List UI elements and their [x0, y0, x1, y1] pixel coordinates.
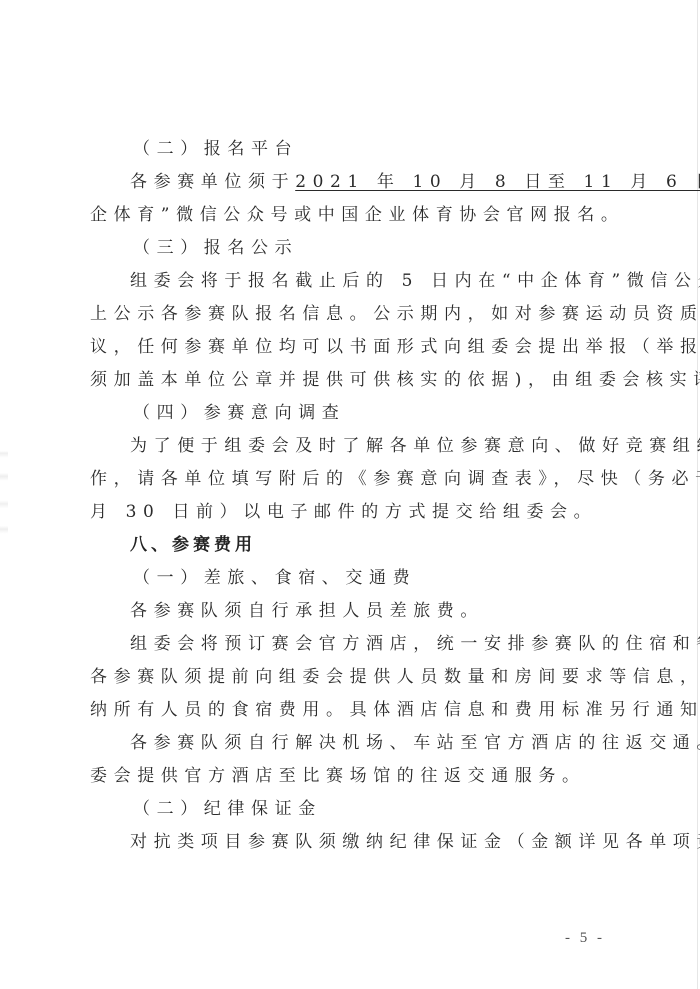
paragraph-line: 纳所有人员的食宿费用。具体酒店信息和费用标准另行通知。 [90, 694, 605, 727]
paragraph-line: 为了便于组委会及时了解各单位参赛意向、做好竞赛组织工 [90, 430, 605, 463]
paragraph-line: 作，请各单位填写附后的《参赛意向调查表》，尽快（务必于 9 [90, 463, 605, 496]
section-heading-participation-survey: （四）参赛意向调查 [90, 397, 605, 430]
paragraph-line: 月 30 日前）以电子邮件的方式提交给组委会。 [90, 496, 605, 529]
scan-artifacts [0, 440, 8, 550]
document-page: （二）报名平台 各参赛单位须于2021 年 10 月 8 日至 11 月 6 日… [0, 0, 700, 989]
paragraph-line: 须加盖本单位公章并提供可供核实的依据)，由组委会核实评判。 [90, 364, 605, 397]
paragraph-line: 各参赛单位须于2021 年 10 月 8 日至 11 月 6 日间，通过“中 [90, 166, 605, 199]
chapter-heading-participation-fees: 八、参赛费用 [90, 529, 605, 562]
page-number: - 5 - [565, 930, 605, 947]
section-heading-discipline-deposit: （二）纪律保证金 [90, 793, 605, 826]
text-segment: 各参赛单位须于 [130, 172, 295, 192]
paragraph-line: 组委会将于报名截止后的 5 日内在“中企体育”微信公众号 [90, 265, 605, 298]
underlined-date-range: 2021 年 10 月 8 日至 11 月 6 日间 [295, 172, 700, 192]
paragraph-line: 对抗类项目参赛队须缴纳纪律保证金（金额详见各单项竞赛 [90, 826, 605, 859]
section-heading-travel-lodging: （一）差旅、食宿、交通费 [90, 562, 605, 595]
paragraph-line: 各参赛队须自行解决机场、车站至官方酒店的往返交通。组 [90, 727, 605, 760]
paragraph-line: 企体育”微信公众号或中国企业体育协会官网报名。 [90, 199, 605, 232]
paragraph-line: 各参赛队须自行承担人员差旅费。 [90, 595, 605, 628]
document-body: （二）报名平台 各参赛单位须于2021 年 10 月 8 日至 11 月 6 日… [90, 133, 605, 859]
paragraph-line: 各参赛队须提前向组委会提供人员数量和房间要求等信息，并缴 [90, 661, 605, 694]
paragraph-line: 组委会将预订赛会官方酒店，统一安排参赛队的住宿和餐饮。 [90, 628, 605, 661]
paragraph-line: 上公示各参赛队报名信息。公示期内，如对参赛运动员资质有异 [90, 298, 605, 331]
section-heading-registration-platform: （二）报名平台 [90, 133, 605, 166]
paragraph-line: 议，任何参赛单位均可以书面形式向组委会提出举报（举报材料 [90, 331, 605, 364]
paragraph-line: 委会提供官方酒店至比赛场馆的往返交通服务。 [90, 760, 605, 793]
section-heading-registration-publicity: （三）报名公示 [90, 232, 605, 265]
